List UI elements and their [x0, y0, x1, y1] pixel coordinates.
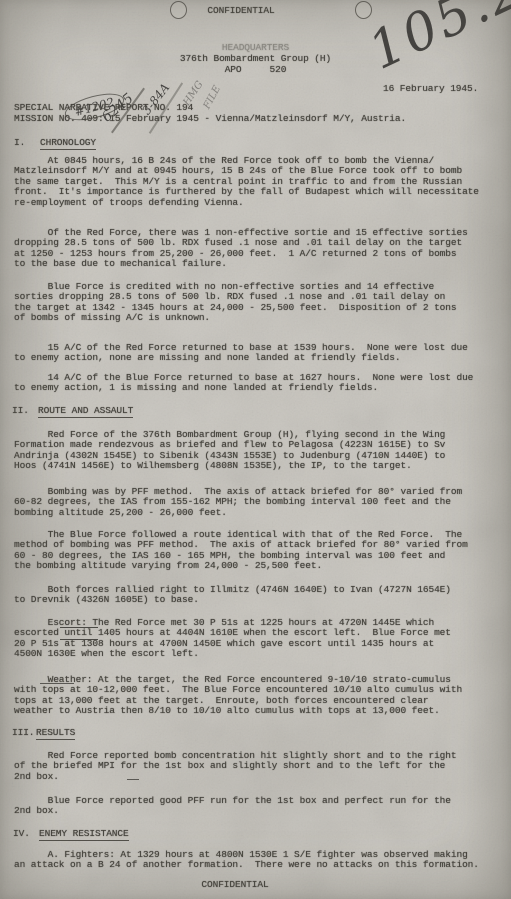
section-heading-results: III.RESULTS: [12, 728, 75, 738]
paragraph: At 0845 hours, 16 B 24s of the Red Force…: [14, 156, 479, 208]
scanned-report-page: CONFIDENTIAL HEADQUARTERS 376th Bombardm…: [0, 0, 511, 899]
mission-subtitle: MISSION NO. 409: 15 February 1945 - Vien…: [14, 114, 406, 124]
classification-banner-top: CONFIDENTIAL: [0, 6, 482, 16]
section-number: II.: [12, 406, 38, 416]
paragraph: 15 A/C of the Red Force returned to base…: [14, 343, 468, 364]
paragraph: Weather: At the target, the Red Force en…: [14, 675, 462, 717]
paragraph: Blue Force reported good PFF run for the…: [14, 796, 451, 817]
classification-banner-bottom: CONFIDENTIAL: [0, 880, 470, 890]
section-title: ENEMY RESISTANCE: [39, 828, 129, 841]
letterhead-group-name: 376th Bombardment Group (H): [0, 54, 511, 64]
section-heading-chronology: I.CHRONOLOGY: [14, 138, 96, 148]
section-title: ROUTE AND ASSAULT: [38, 405, 133, 418]
pencil-scribble: FILE: [202, 84, 223, 111]
section-number: III.: [12, 728, 36, 738]
letterhead-headquarters: HEADQUARTERS: [0, 43, 511, 53]
section-heading-route-and-assault: II.ROUTE AND ASSAULT: [12, 406, 133, 416]
paragraph: Both forces rallied right to Illmitz (47…: [14, 585, 451, 606]
paragraph: A. Fighters: At 1329 hours at 4800N 1530…: [14, 850, 479, 871]
paragraph: The Blue Force followed a route identica…: [14, 530, 468, 572]
paragraph: Bombing was by PFF method. The axis of a…: [14, 487, 462, 518]
paragraph: 14 A/C of the Blue Force returned to bas…: [14, 373, 473, 394]
report-title: SPECIAL NARRATIVE REPORT NO. 194: [14, 103, 193, 113]
report-date: 16 February 1945.: [383, 84, 478, 94]
paragraph: Red Force of the 376th Bombardment Group…: [14, 430, 445, 472]
section-number: I.: [14, 138, 40, 148]
section-number: IV.: [13, 829, 39, 839]
paragraph: Red Force reported bomb concentration hi…: [14, 751, 456, 782]
paragraph: Of the Red Force, there was 1 non-effect…: [14, 228, 468, 270]
letterhead-apo-line: APO 520: [0, 65, 511, 75]
section-title: RESULTS: [36, 727, 75, 740]
section-title: CHRONOLOGY: [40, 137, 96, 150]
paragraph: Blue Force is credited with no non-effec…: [14, 282, 456, 324]
section-heading-enemy-resistance: IV.ENEMY RESISTANCE: [13, 829, 129, 839]
paragraph: Escort: The Red Force met 30 P 51s at 12…: [14, 618, 451, 660]
